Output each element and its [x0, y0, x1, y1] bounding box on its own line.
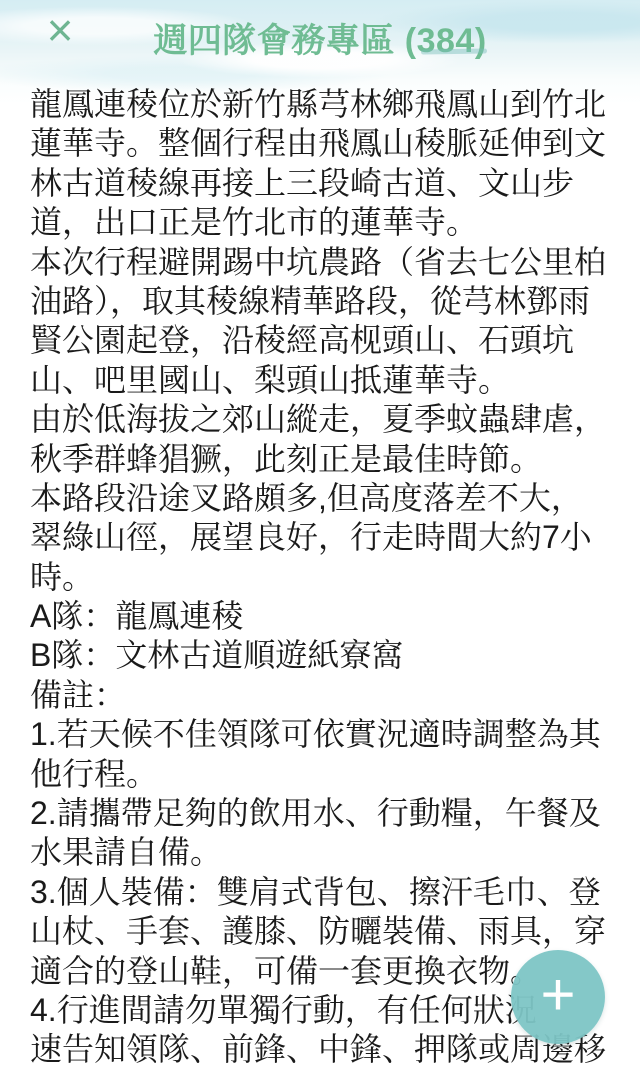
plus-icon: +: [540, 965, 575, 1025]
text-line: 秋季群蜂猖獗，此刻正是最佳時節。: [30, 440, 626, 479]
page-title: 週四隊會務專區 (384): [0, 13, 640, 62]
text-line: 他行程。: [30, 755, 626, 794]
note-body-text: 龍鳳連稜位於新竹縣芎林鄉飛鳳山到竹北 蓮華寺。整個行程由飛鳳山稜脈延伸到文 林古…: [30, 85, 626, 1070]
text-line: 山、吧里國山、梨頭山抵蓮華寺。: [30, 361, 626, 400]
text-line: 林古道稜線再接上三段崎古道、文山步: [30, 164, 626, 203]
text-line: 山杖、手套、護膝、防曬裝備、雨具，穿: [30, 912, 626, 951]
text-line: A隊：龍鳳連稜: [30, 597, 626, 636]
text-line: 龍鳳連稜位於新竹縣芎林鄉飛鳳山到竹北: [30, 85, 626, 124]
note-detail-screen: × 週四隊會務專區 (384) 龍鳳連稜位於新竹縣芎林鄉飛鳳山到竹北 蓮華寺。整…: [0, 0, 640, 1076]
text-line: 2.請攜帶足夠的飲用水、行動糧，午餐及: [30, 794, 626, 833]
text-line: 水果請自備。: [30, 833, 626, 872]
text-line: 道，出口正是竹北市的蓮華寺。: [30, 203, 626, 242]
text-line: 油路），取其稜線精華路段，從芎林鄧雨: [30, 282, 626, 321]
text-line: 本路段沿途叉路頗多,但高度落差不大，: [30, 479, 626, 518]
text-line: 翠綠山徑，展望良好，行走時間大約7小: [30, 518, 626, 557]
text-line: B隊：文林古道順遊紙寮窩: [30, 636, 626, 675]
text-line: 由於低海拔之郊山縱走，夏季蚊蟲肆虐，: [30, 400, 626, 439]
header-bar: × 週四隊會務專區 (384): [0, 0, 640, 72]
text-line: 蓮華寺。整個行程由飛鳳山稜脈延伸到文: [30, 124, 626, 163]
text-line: 賢公園起登，沿稜經高枧頭山、石頭坑: [30, 321, 626, 360]
text-line: 備註：: [30, 676, 626, 715]
add-button[interactable]: +: [511, 950, 605, 1044]
text-line: 時。: [30, 558, 626, 597]
text-line: 1.若天候不佳領隊可依實況適時調整為其: [30, 715, 626, 754]
text-line: 本次行程避開踢中坑農路（省去七公里柏: [30, 243, 626, 282]
text-line: 3.個人裝備：雙肩式背包、擦汗毛巾、登: [30, 873, 626, 912]
